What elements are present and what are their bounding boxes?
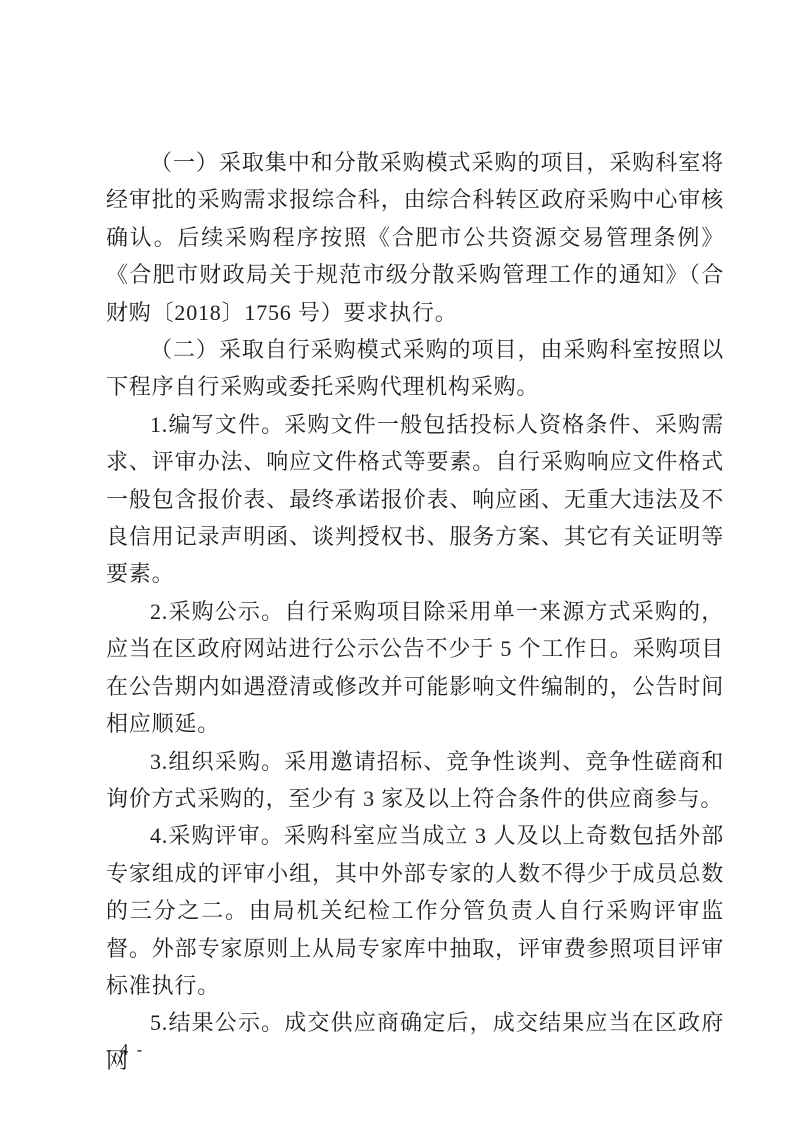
document-page: （一）采取集中和分散采购模式采购的项目，采购科室将经审批的采购需求报综合科，由综… (0, 0, 793, 1122)
paragraph-5: 3.组织采购。采用邀请招标、竞争性谈判、竞争性磋商和询价方式采购的，至少有 3 … (106, 743, 724, 818)
document-body: （一）采取集中和分散采购模式采购的项目，采购科室将经审批的采购需求报综合科，由综… (106, 144, 724, 1079)
paragraph-6: 4.采购评审。采购科室应当成立 3 人及以上奇数包括外部专家组成的评审小组，其中… (106, 817, 724, 1004)
paragraph-7: 5.结果公示。成交供应商确定后，成交结果应当在区政府网 (106, 1004, 724, 1079)
paragraph-4: 2.采购公示。自行采购项目除采用单一来源方式采购的，应当在区政府网站进行公示公告… (106, 593, 724, 743)
paragraph-3: 1.编写文件。采购文件一般包括投标人资格条件、采购需求、评审办法、响应文件格式等… (106, 406, 724, 593)
paragraph-2: （二）采取自行采购模式采购的项目，由采购科室按照以下程序自行采购或委托采购代理机… (106, 331, 724, 406)
paragraph-1: （一）采取集中和分散采购模式采购的项目，采购科室将经审批的采购需求报综合科，由综… (106, 144, 724, 331)
page-number: - 4 - (106, 1040, 144, 1060)
